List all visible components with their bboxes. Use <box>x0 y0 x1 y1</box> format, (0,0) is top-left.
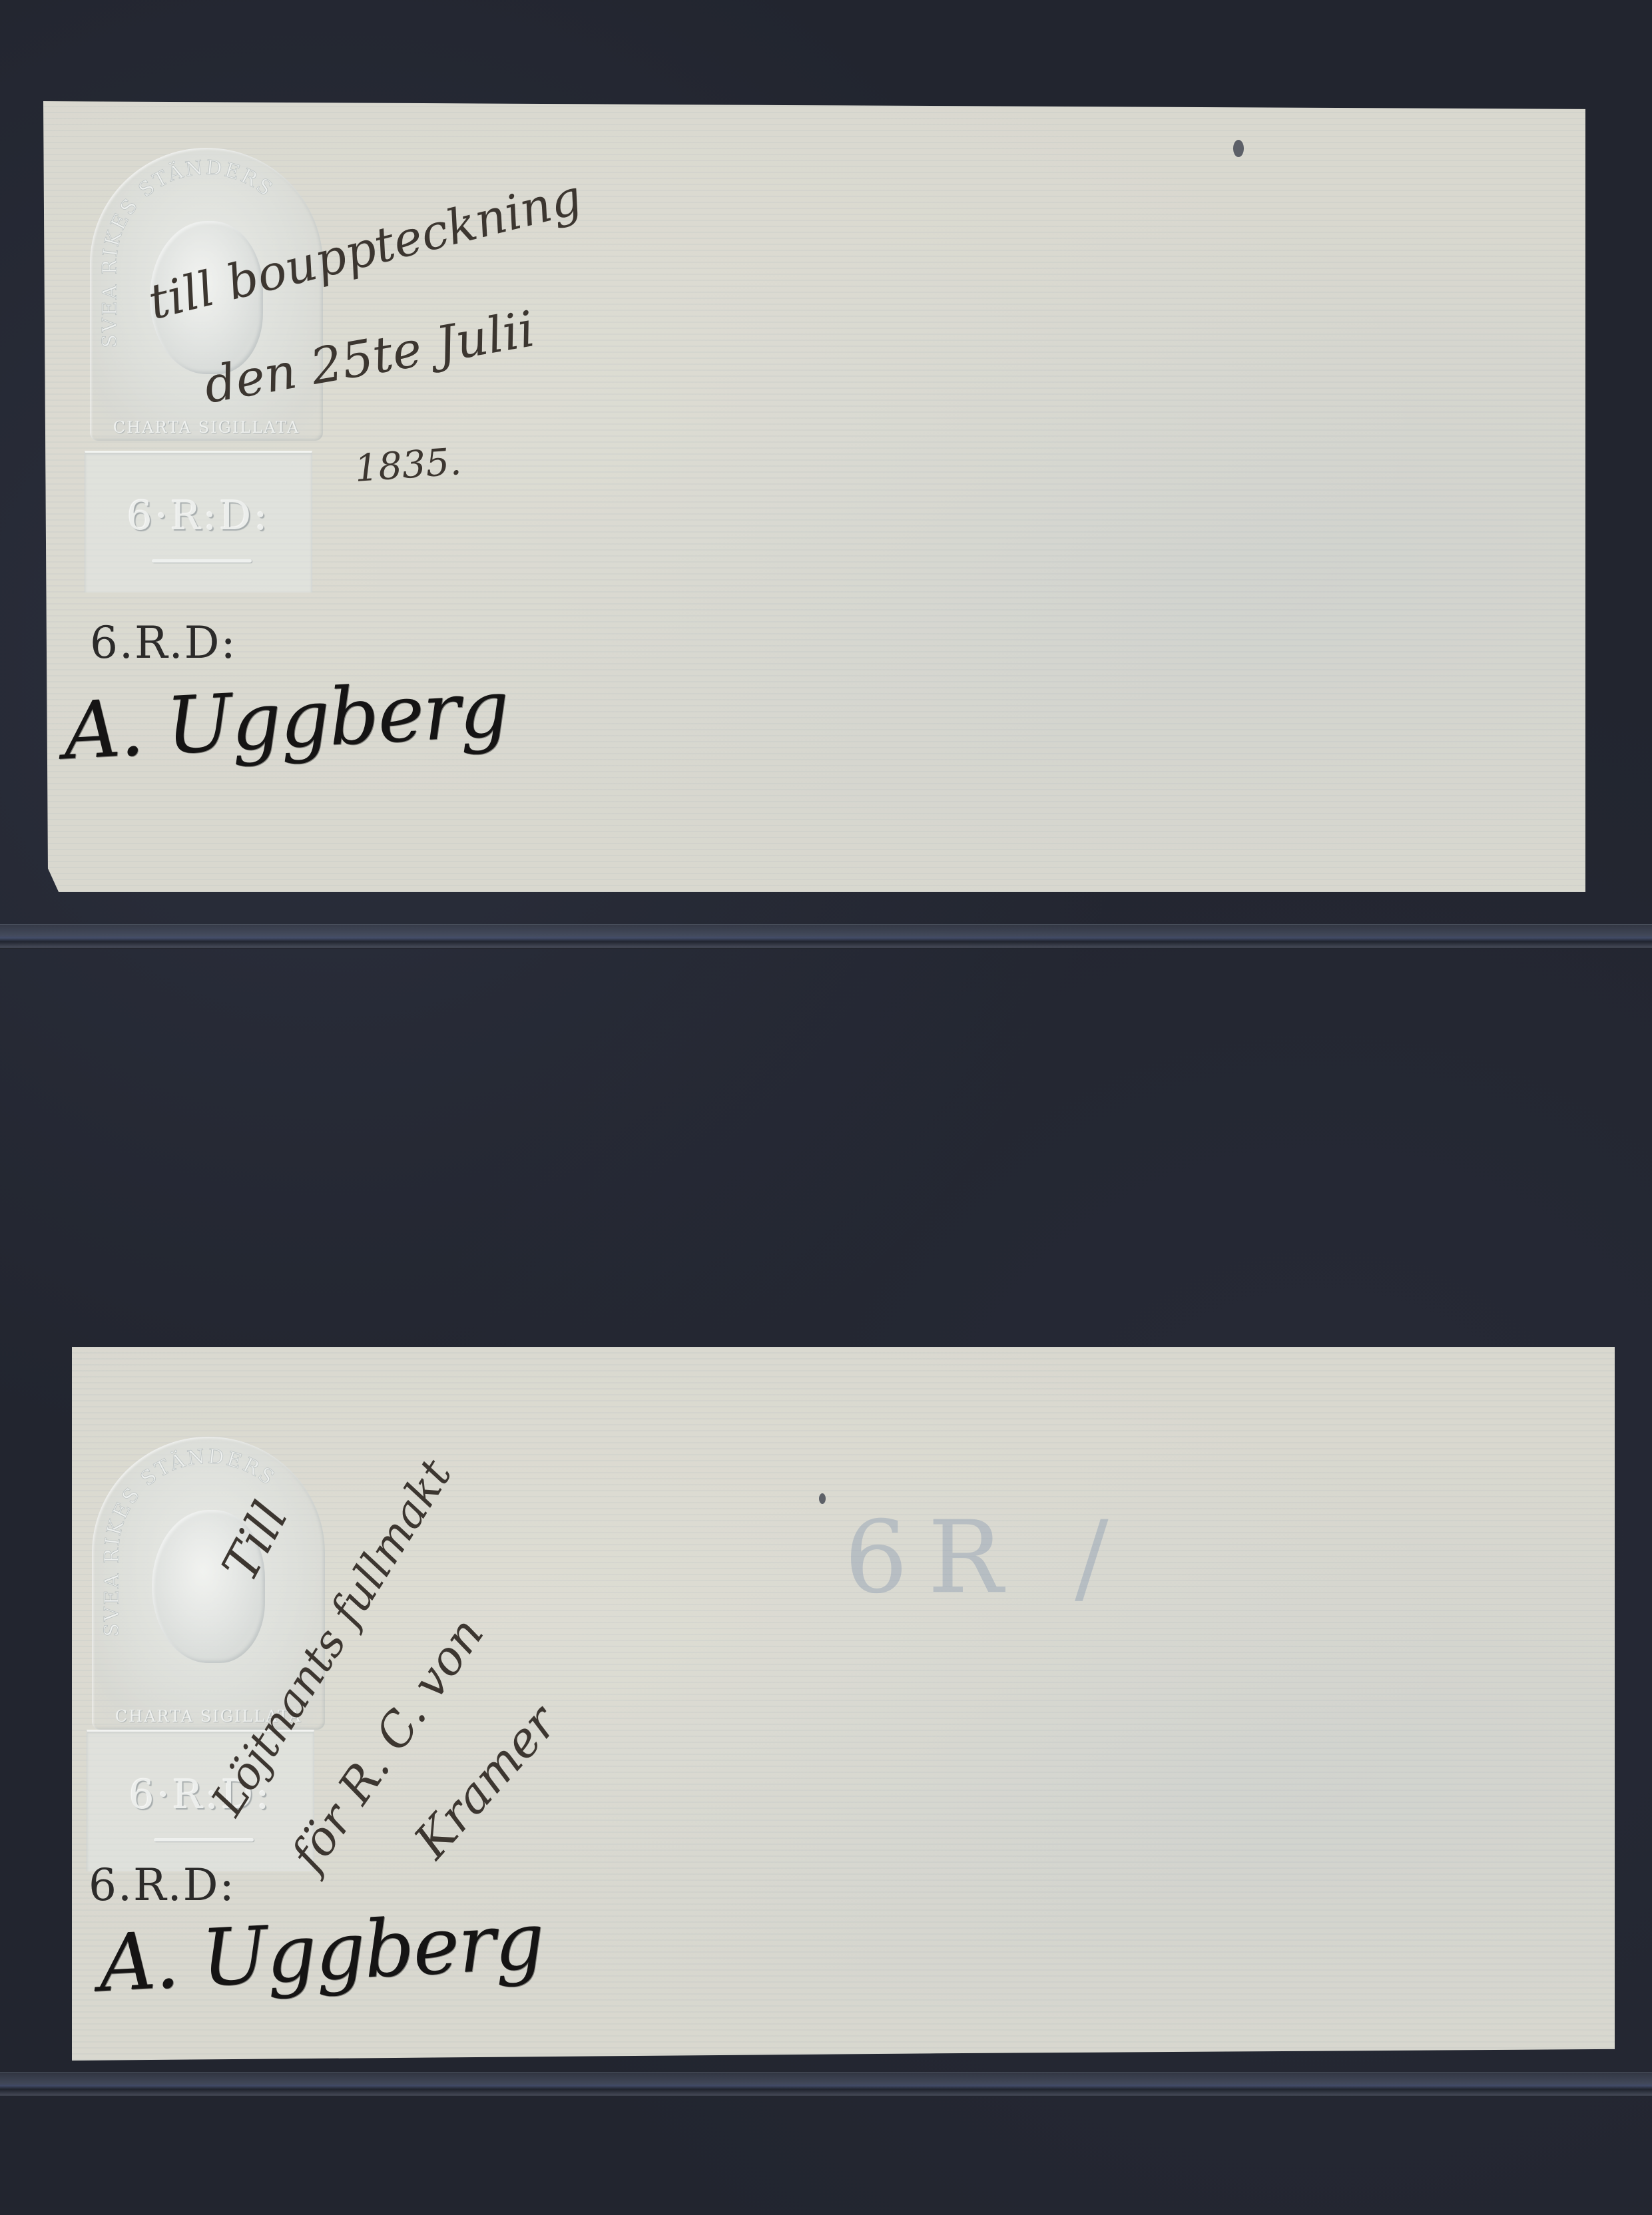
stamped-paper-document-2: SVEA RIKES STÄNDERS CHARTA SIGILLATA 6·R… <box>72 1347 1615 2061</box>
seal-bottom-legend: CHARTA SIGILLATA <box>90 418 323 437</box>
seal-value-box: 6·R:D: <box>85 451 312 593</box>
seal-value-rule <box>152 559 252 563</box>
handstamp-value: 6.R.D: <box>90 617 237 668</box>
ink-spot <box>819 1493 826 1504</box>
seal-value-text: 6·R:D: <box>87 1772 314 1818</box>
seal-value-text: 6·R:D: <box>85 493 312 539</box>
handstamp-signature: A. Uggberg <box>97 1895 545 2010</box>
handstamp-value: 6.R.D: <box>89 1859 236 1911</box>
album-mount-strip-lower <box>0 2072 1652 2096</box>
seal-value-rule <box>154 1838 254 1842</box>
album-mount-strip-upper <box>0 924 1652 949</box>
ink-spot <box>1233 140 1244 157</box>
handstamp-signature: A. Uggberg <box>61 662 510 778</box>
offset-ghost-mark: 6R / <box>844 1500 1129 1616</box>
stamped-paper-document-1: SVEA RIKES STÄNDERS CHARTA SIGILLATA 6·R… <box>43 101 1585 892</box>
manuscript-line-3: 1835. <box>353 440 462 491</box>
